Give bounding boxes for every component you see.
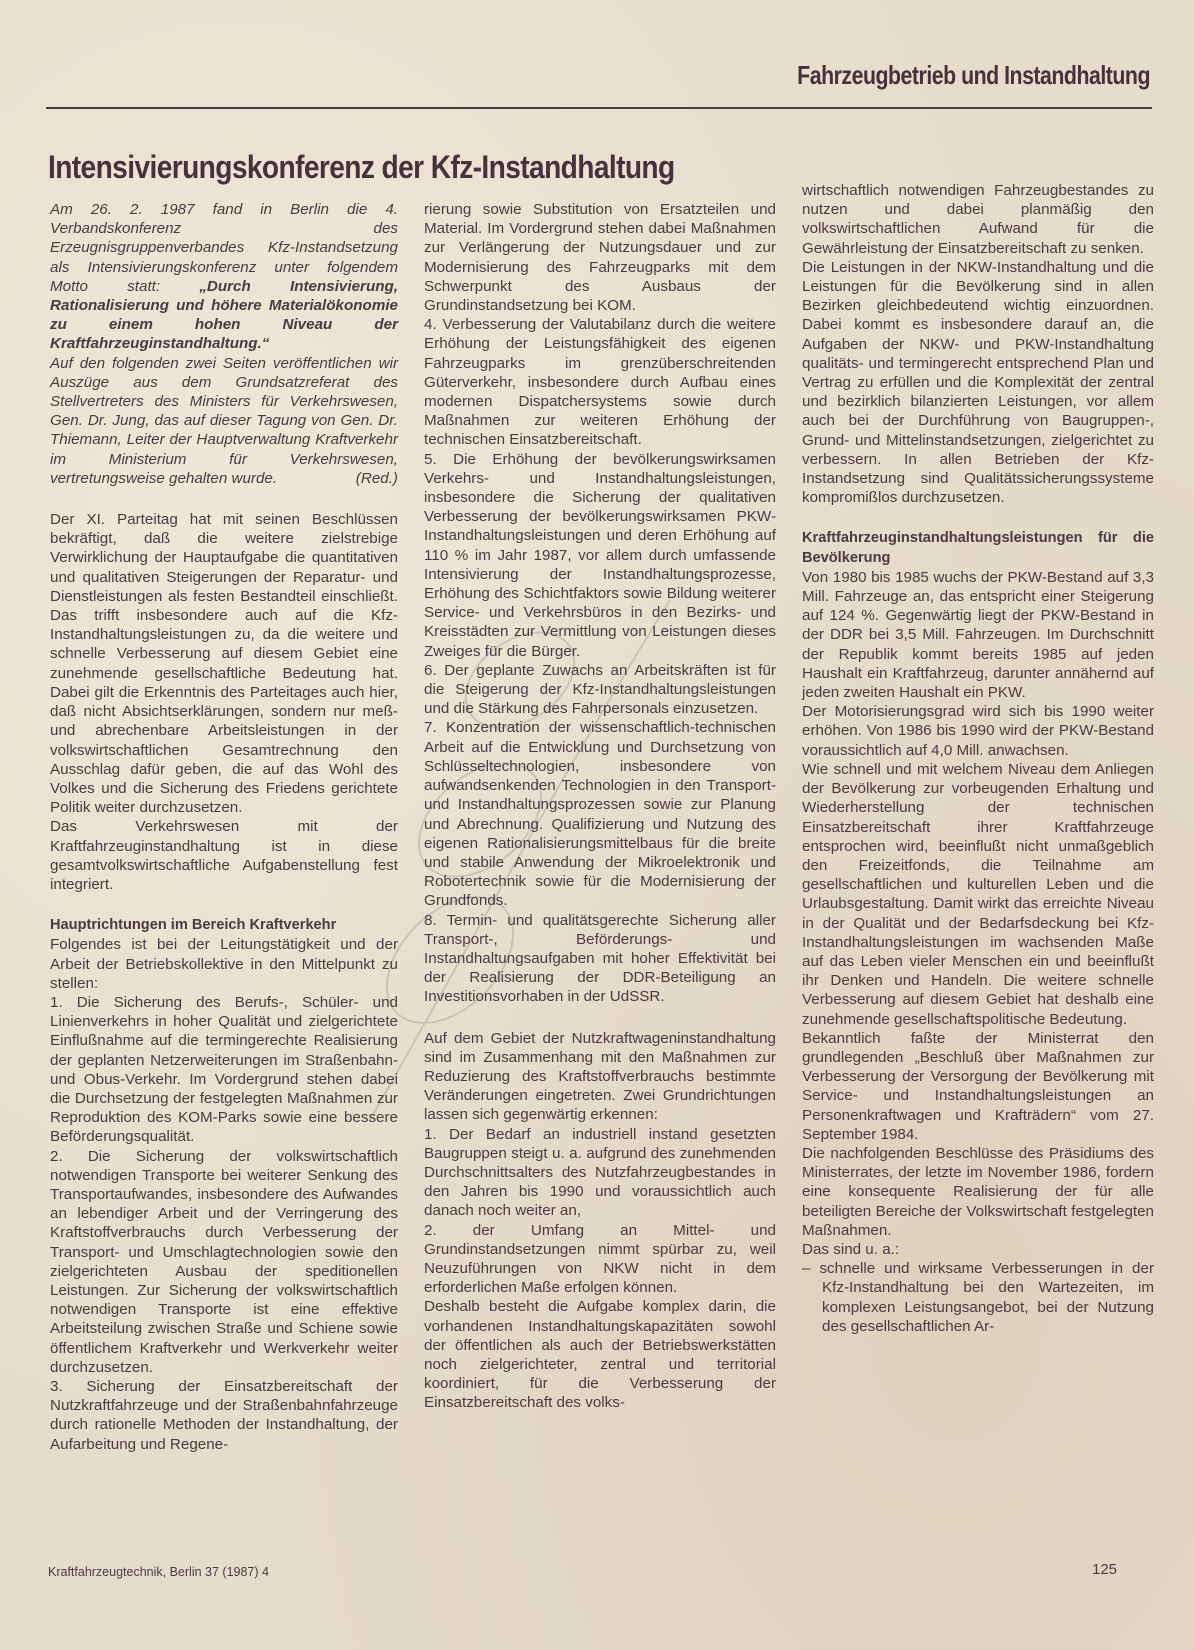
list-item: 2. Die Sicherung der volkswirtschaftlich… xyxy=(50,1147,398,1377)
dash-list-item: – schnelle und wirksame Verbesserungen i… xyxy=(802,1259,1154,1336)
paragraph: Folgendes ist bei der Leitungstätigkeit … xyxy=(50,935,398,993)
intro-paragraph: Am 26. 2. 1987 fand in Berlin die 4. Ver… xyxy=(50,200,398,354)
paragraph: Von 1980 bis 1985 wuchs der PKW-Bestand … xyxy=(802,568,1154,702)
list-item-continued: rierung sowie Substitution von Ersatztei… xyxy=(424,200,776,315)
list-item: 3. Sicherung der Einsatzbereitschaft der… xyxy=(50,1377,398,1454)
column-3: wirtschaftlich notwendigen Fahrzeugbesta… xyxy=(802,181,1154,1336)
column-2: rierung sowie Substitution von Ersatztei… xyxy=(424,200,776,1413)
list-item: 8. Termin- und qualitätsgerechte Sicheru… xyxy=(424,911,776,1007)
paragraph: Die Leistungen in der NKW-Instandhaltung… xyxy=(802,258,1154,508)
section-header: Fahrzeugbetrieb und Instandhaltung xyxy=(207,60,1150,91)
paragraph: Der Motorisierungsgrad wird sich bis 199… xyxy=(802,702,1154,760)
column-1: Am 26. 2. 1987 fand in Berlin die 4. Ver… xyxy=(50,200,398,1454)
list-item: 7. Konzentration der wissenschaftlich-te… xyxy=(424,718,776,910)
intro-body: Auf den folgenden zwei Seiten veröffentl… xyxy=(50,354,398,488)
paragraph: Das sind u. a.: xyxy=(802,1240,1154,1259)
paragraph: Bekanntlich faßte der Ministerrat den gr… xyxy=(802,1029,1154,1144)
article-title: Intensivierungskonferenz der Kfz-Instand… xyxy=(48,149,675,186)
subheading-bevoelkerung: Kraftfahrzeuginstandhaltungsleistungen f… xyxy=(802,529,1154,567)
paragraph: Das Verkehrswesen mit der Kraftfahrzeugi… xyxy=(50,817,398,894)
paragraph: Wie schnell und mit welchem Niveau dem A… xyxy=(802,760,1154,1029)
paragraph: Der XI. Parteitag hat mit seinen Beschlü… xyxy=(50,510,398,817)
journal-citation: Kraftfahrzeugtechnik, Berlin 37 (1987) 4 xyxy=(48,1565,269,1579)
paragraph: Auf dem Gebiet der Nutzkraftwageninstand… xyxy=(424,1029,776,1125)
list-item: 5. Die Erhöhung der bevölkerungswirksame… xyxy=(424,450,776,661)
list-item: 4. Verbesserung der Valutabilanz durch d… xyxy=(424,315,776,449)
list-item: 2. der Umfang an Mittel- und Grundinstan… xyxy=(424,1221,776,1298)
subheading-hauptrichtungen: Hauptrichtungen im Bereich Kraftverkehr xyxy=(50,916,398,935)
paragraph-continued: wirtschaftlich notwendigen Fahrzeugbesta… xyxy=(802,181,1154,258)
list-item: 6. Der geplante Zuwachs an Arbeitskräfte… xyxy=(424,661,776,719)
paragraph: Die nachfolgenden Beschlüsse des Präsidi… xyxy=(802,1144,1154,1240)
list-item: 1. Der Bedarf an industriell instand ges… xyxy=(424,1125,776,1221)
intro-body-text: Auf den folgenden zwei Seiten veröffentl… xyxy=(50,355,398,487)
list-item: 1. Die Sicherung des Berufs-, Schüler- u… xyxy=(50,993,398,1147)
header-rule xyxy=(46,107,1152,109)
paragraph: Deshalb besteht die Aufgabe komplex dari… xyxy=(424,1297,776,1412)
page-number: 125 xyxy=(1092,1561,1117,1578)
